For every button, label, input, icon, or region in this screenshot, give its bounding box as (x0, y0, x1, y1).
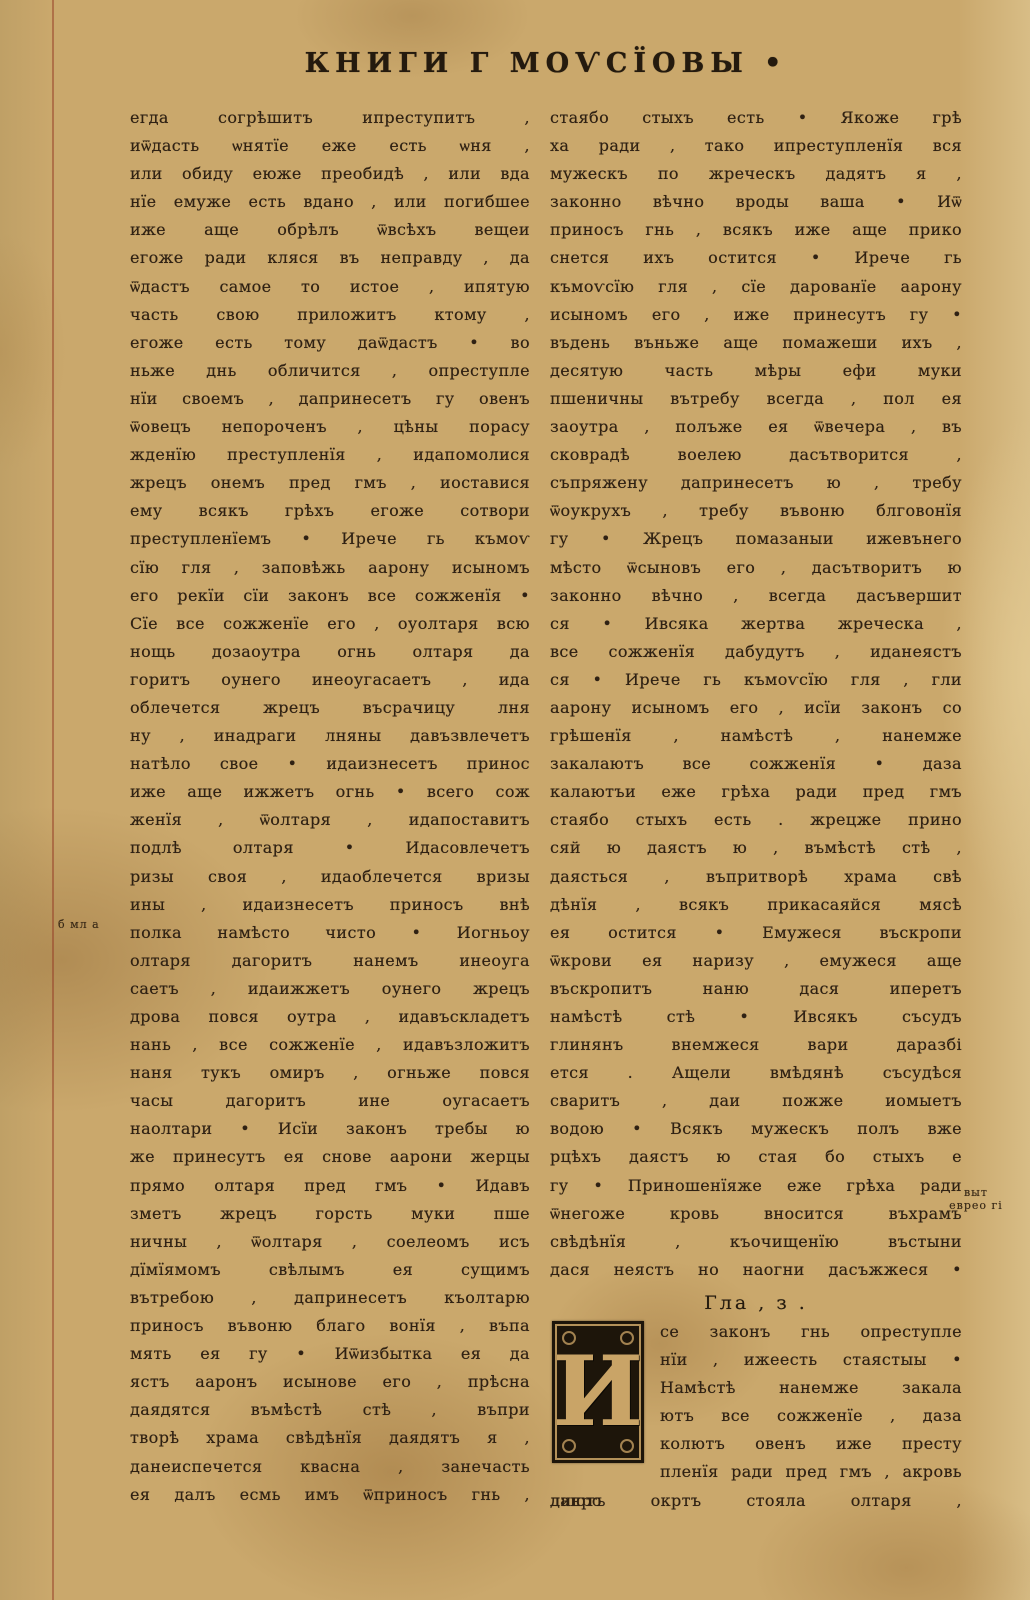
text-line: ну , инадраги лняны давъзвлечетъ (130, 722, 530, 750)
text-line: стаябо стыхъ есть . жрецже прино (550, 806, 962, 834)
page-title: КНИГИ Г МОѴСЇОВЫ • (305, 48, 788, 79)
text-line: прямо олтаря пред гмъ • Идавъ (130, 1172, 530, 1200)
text-line: мять ея гу • Иѿизбытка ея да (130, 1340, 530, 1368)
text-line: снется ихъ остится • Ирече гь (550, 244, 962, 272)
text-line: наолтари • Исїи законъ требы ю (130, 1115, 530, 1143)
text-line: часть свою приложитъ ктому , (130, 301, 530, 329)
text-line: облечется жрецъ въсрачицу лня (130, 694, 530, 722)
text-line: ея далъ есмь имъ ѿприносъ гнь , (130, 1481, 530, 1509)
text-line: сїю гля , заповѣжь аарону исыномъ (130, 554, 530, 582)
text-line: сяй ю даястъ ю , въмѣстѣ стѣ , (550, 834, 962, 862)
text-line: исыномъ его , иже принесутъ гу • (550, 301, 962, 329)
text-line: ѿдастъ самое то истое , ипятую (130, 273, 530, 301)
chapter-section: Гла , з . И се законъ гнь опреступленїи … (550, 1288, 962, 1515)
text-line: Сїе все сожженїе его , оуолтаря всю (130, 610, 530, 638)
left-margin-rule-line (52, 0, 54, 1600)
text-line: грѣшенїя , намѣстѣ , нанемже (550, 722, 962, 750)
text-line: дѣнїя , всякъ прикасаяйся мясѣ (550, 891, 962, 919)
text-line: сковрадѣ воелею дасътворится , (550, 441, 962, 469)
text-line: все сожженїя дабудутъ , иданеястъ (550, 638, 962, 666)
text-line: жденїю преступленїя , идапомолися (130, 441, 530, 469)
text-line: намѣстѣ стѣ • Ивсякъ съсудъ (550, 1003, 962, 1031)
initial-ornament-icon (620, 1331, 634, 1345)
margin-note-left: б мл а (58, 918, 128, 931)
text-line: стаябо стыхъ есть • Якоже грѣ (550, 104, 962, 132)
text-line: ея остится • Емужеся въскропи (550, 919, 962, 947)
text-line: женїя , ѿолтаря , идапоставитъ (130, 806, 530, 834)
text-line: натѣло свое • идаизнесетъ принос (130, 750, 530, 778)
text-line: нїе емуже есть вдано , или погибшее (130, 188, 530, 216)
text-line: горитъ оунего инеоугасаетъ , ида (130, 666, 530, 694)
text-line: калаютъи еже грѣха ради пред гмъ (550, 778, 962, 806)
text-line: мужескъ по жреческъ дадятъ я , (550, 160, 962, 188)
text-line: ется . Ащели вмѣдянѣ съсудѣся (550, 1059, 962, 1087)
text-line: гу • Жрецъ помазаныи ижевънего (550, 525, 962, 553)
text-line: творѣ храма свѣдѣнїя даядятъ я , (130, 1424, 530, 1452)
text-line: егоже ради кляся въ неправду , да (130, 244, 530, 272)
initial-ornament-icon (620, 1439, 634, 1453)
text-line: иже аще обрѣлъ ѿвсѣхъ вещеи (130, 216, 530, 244)
text-line: ся • Ирече гь къмоѵсїю гля , гли (550, 666, 962, 694)
text-line: ѿовецъ непороченъ , цѣны порасу (130, 413, 530, 441)
text-line: нощь дозаоутра огнь олтаря да (130, 638, 530, 666)
text-line: въдень въньже аще помажеши ихъ , (550, 329, 962, 357)
chapter-paragraph: И се законъ гнь опреступленїи , ижеесть … (550, 1318, 962, 1515)
text-line: жрецъ онемъ пред гмъ , иоставися (130, 469, 530, 497)
text-line: ризы своя , идаоблечется вризы (130, 863, 530, 891)
text-line: ему всякъ грѣхъ егоже сотвори (130, 497, 530, 525)
margin-note-text: еврео гі (936, 1199, 1016, 1212)
text-line: полка намѣсто чисто • Иогньоу (130, 919, 530, 947)
text-line: вътребою , дапринесетъ къолтарю (130, 1284, 530, 1312)
text-line: или обиду еюже преобидѣ , или вда (130, 160, 530, 188)
text-line: его рекїи сїи законъ все сожженїя • (130, 582, 530, 610)
text-line: же принесутъ ея снове аарони жерцы (130, 1143, 530, 1171)
text-line: ястъ ааронъ исынове его , прѣсна (130, 1368, 530, 1396)
text-column-left: егда согрѣшитъ ипреступитъ ,иѿдасть ѡнят… (130, 104, 530, 1509)
text-line: часы дагоритъ ине оугасаетъ (130, 1087, 530, 1115)
text-line: нїи своемъ , дапринесетъ гу овенъ (130, 385, 530, 413)
text-line: гу • Приношенїяже еже грѣха ради (550, 1172, 962, 1200)
text-line: егда согрѣшитъ ипреступитъ , (130, 104, 530, 132)
initial-letter: И (552, 1344, 643, 1440)
text-line: сваритъ , даи пожже иомыетъ (550, 1087, 962, 1115)
text-line: дася неястъ но наогни дасъжжеся • (550, 1256, 962, 1284)
text-line: глинянъ внемжеся вари даразбі (550, 1031, 962, 1059)
text-column-right: стаябо стыхъ есть • Якоже грѣха ради , т… (550, 104, 962, 1284)
page-header: КНИГИ Г МОѴСЇОВЫ • (130, 48, 962, 79)
text-line: ничны , ѿолтаря , соелеомъ исъ (130, 1228, 530, 1256)
text-line: данеиспечется квасна , занечасть (130, 1453, 530, 1481)
text-line: закалаютъ все сожженїя • даза (550, 750, 962, 778)
text-line: ѿнегоже кровь вносится въхрамъ (550, 1200, 962, 1228)
text-line: ха ради , тако ипреступленїя вся (550, 132, 962, 160)
text-line: иже аще ижжетъ огнь • всего сож (130, 778, 530, 806)
text-line: водою • Всякъ мужескъ полъ вже (550, 1115, 962, 1143)
text-line: съпряжену дапринесетъ ю , требу (550, 469, 962, 497)
text-line: ѿоукрухъ , требу въвоню блговонїя (550, 497, 962, 525)
text-line: десятую часть мѣры ефи муки (550, 357, 962, 385)
text-line: ѿкрови ея наризу , емужеся аще (550, 947, 962, 975)
text-line: иѿдасть ѡнятїе еже есть ѡня , (130, 132, 530, 160)
text-line: въскропитъ наню дася иперетъ (550, 975, 962, 1003)
text-line: егоже есть тому даѿдастъ • во (130, 329, 530, 357)
text-line: ся • Ивсяка жертва жреческа , (550, 610, 962, 638)
margin-note-right: выт еврео гі (936, 1186, 1016, 1212)
text-line: мѣсто ѿсыновъ его , дасътворитъ ю (550, 554, 962, 582)
text-line: дїмїямомъ свѣлымъ ея сущимъ (130, 1256, 530, 1284)
text-line: саетъ , идаижжетъ оунего жрецъ (130, 975, 530, 1003)
text-line: пшеничны вътребу всегда , пол ея (550, 385, 962, 413)
text-line: преступленїемъ • Ирече гь къмоѵ (130, 525, 530, 553)
text-line: свѣдѣнїя , къочищенїю въстыни (550, 1228, 962, 1256)
text-line: заоутра , полъже ея ѿвечера , въ (550, 413, 962, 441)
initial-ornament-icon (562, 1439, 576, 1453)
text-line: приносъ въвоню благо вонїя , въпа (130, 1312, 530, 1340)
text-line: законно вѣчно вроды ваша • Иѿ (550, 188, 962, 216)
text-line: нань , все сожженїе , идавъзложитъ (130, 1031, 530, 1059)
margin-note-text: выт (936, 1186, 1016, 1199)
text-line: даядятся въмѣстѣ стѣ , въпри (130, 1396, 530, 1424)
text-line: аарону исыномъ его , исїи законъ со (550, 694, 962, 722)
text-line: ины , идаизнесетъ приносъ внѣ (130, 891, 530, 919)
text-line: даясться , въпритворѣ храма свѣ (550, 863, 962, 891)
text-line: рцѣхъ даястъ ю стая бо стыхъ е (550, 1143, 962, 1171)
text-line: ньже днь обличится , опреступле (130, 357, 530, 385)
text-line: олтаря дагоритъ нанемъ инеоуга (130, 947, 530, 975)
text-line: зметъ жрецъ горсть муки пше (130, 1200, 530, 1228)
initial-ornament-icon (562, 1331, 576, 1345)
text-line: законно вѣчно , всегда дасъвершит (550, 582, 962, 610)
ornate-initial-woodcut: И (552, 1321, 644, 1463)
chapter-heading: Гла , з . (550, 1288, 962, 1318)
text-line: дрова повся оутра , идавъскладетъ (130, 1003, 530, 1031)
text-line: лиютъ окртъ стояла олтаря , (550, 1487, 962, 1515)
text-line: подлѣ олтаря • Идасовлечетъ (130, 834, 530, 862)
text-line: наня тукъ омиръ , огньже повся (130, 1059, 530, 1087)
text-line: къмоѵсїю гля , сїе дарованїе аарону (550, 273, 962, 301)
text-line: приносъ гнь , всякъ иже аще прико (550, 216, 962, 244)
margin-note-text: б мл а (58, 918, 100, 931)
